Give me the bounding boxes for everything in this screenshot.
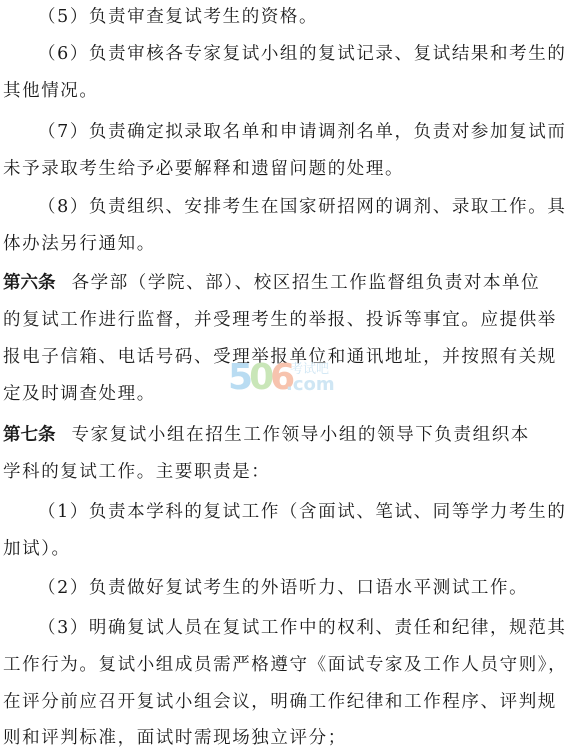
item-6-line-2: 其他情况。: [3, 80, 575, 102]
article-6-text: 各学部（学院、部）、校区招生工作监督组负责对本单位: [72, 273, 541, 293]
article-7-item-1-line-2: 加试）。: [3, 538, 575, 560]
item-5-line: （5）负责审查复试考生的资格。: [38, 6, 575, 28]
article-7-item-2-line: （2）负责做好复试考生的外语听力、口语水平测试工作。: [38, 577, 575, 599]
article-6-line-4: 定及时调查处理。: [3, 383, 575, 405]
article-6-line-1: 第六条各学部（学院、部）、校区招生工作监督组负责对本单位: [3, 272, 575, 294]
article-6-line-2: 的复试工作进行监督，并受理考生的举报、投诉等事宜。应提供举: [3, 309, 575, 331]
item-8-line-1: （8）负责组织、安排考生在国家研招网的调剂、录取工作。具: [38, 196, 575, 218]
item-7-line-2: 未予录取考生给予必要解释和遗留问题的处理。: [3, 158, 575, 180]
article-7-heading: 第七条: [3, 425, 56, 445]
article-7-item-3-line-3: 在评分前应召开复试小组会议，明确工作纪律和工作程序、评判规: [3, 691, 575, 713]
article-7-item-3-line-2: 工作行为。复试小组成员需严格遵守《面试专家及工作人员守则》，: [3, 654, 575, 676]
article-7-line-1: 第七条专家复试小组在招生工作领导小组的领导下负责组织本: [3, 424, 575, 446]
article-6-line-3: 报电子信箱、电话号码、受理举报单位和通讯地址，并按照有关规: [3, 346, 575, 368]
article-7-item-3-line-1: （3）明确复试人员在复试工作中的权利、责任和纪律，规范其: [38, 617, 575, 639]
item-7-line-1: （7）负责确定拟录取名单和申请调剂名单，负责对参加复试而: [38, 121, 575, 143]
article-7-item-1-line-1: （1）负责本学科的复试工作（含面试、笔试、同等学力考生的: [38, 501, 575, 523]
article-7-item-3-line-4: 则和评判标准，面试时需现场独立评分；: [3, 727, 575, 749]
item-6-line-1: （6）负责审核各专家复试小组的复试记录、复试结果和考生的: [38, 43, 575, 65]
item-8-line-2: 体办法另行通知。: [3, 233, 575, 255]
document-page: （5）负责审查复试考生的资格。 （6）负责审核各专家复试小组的复试记录、复试结果…: [0, 0, 580, 752]
article-7-line-2: 学科的复试工作。主要职责是：: [3, 461, 575, 483]
article-7-text: 专家复试小组在招生工作领导小组的领导下负责组织本: [72, 425, 530, 445]
article-6-heading: 第六条: [3, 273, 56, 293]
